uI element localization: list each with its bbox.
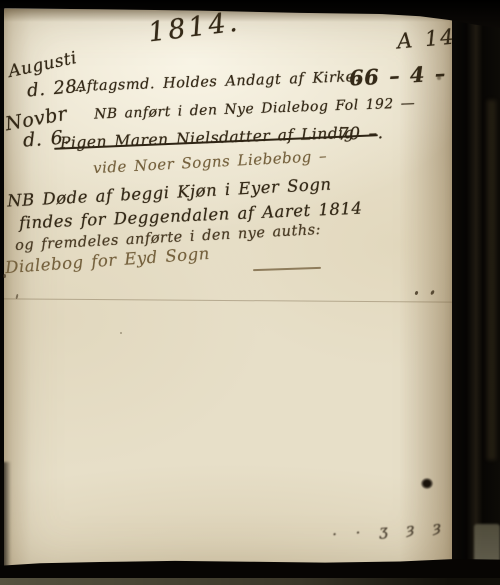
ink-blot: [421, 478, 433, 489]
speck: [120, 332, 122, 334]
folio-mark: A 14: [396, 24, 456, 53]
entry-line-1-amount: 66 – 4 –: [348, 60, 446, 90]
scan-left-corner-shadow: [0, 462, 11, 580]
register-page-scan: 1814. 14. A 14 Augusti d. 28. Novbr d. 6…: [0, 0, 500, 585]
scan-spine-band: [452, 0, 500, 585]
spine-highlight: [487, 100, 496, 460]
scan-bottom-strip: [0, 578, 500, 585]
